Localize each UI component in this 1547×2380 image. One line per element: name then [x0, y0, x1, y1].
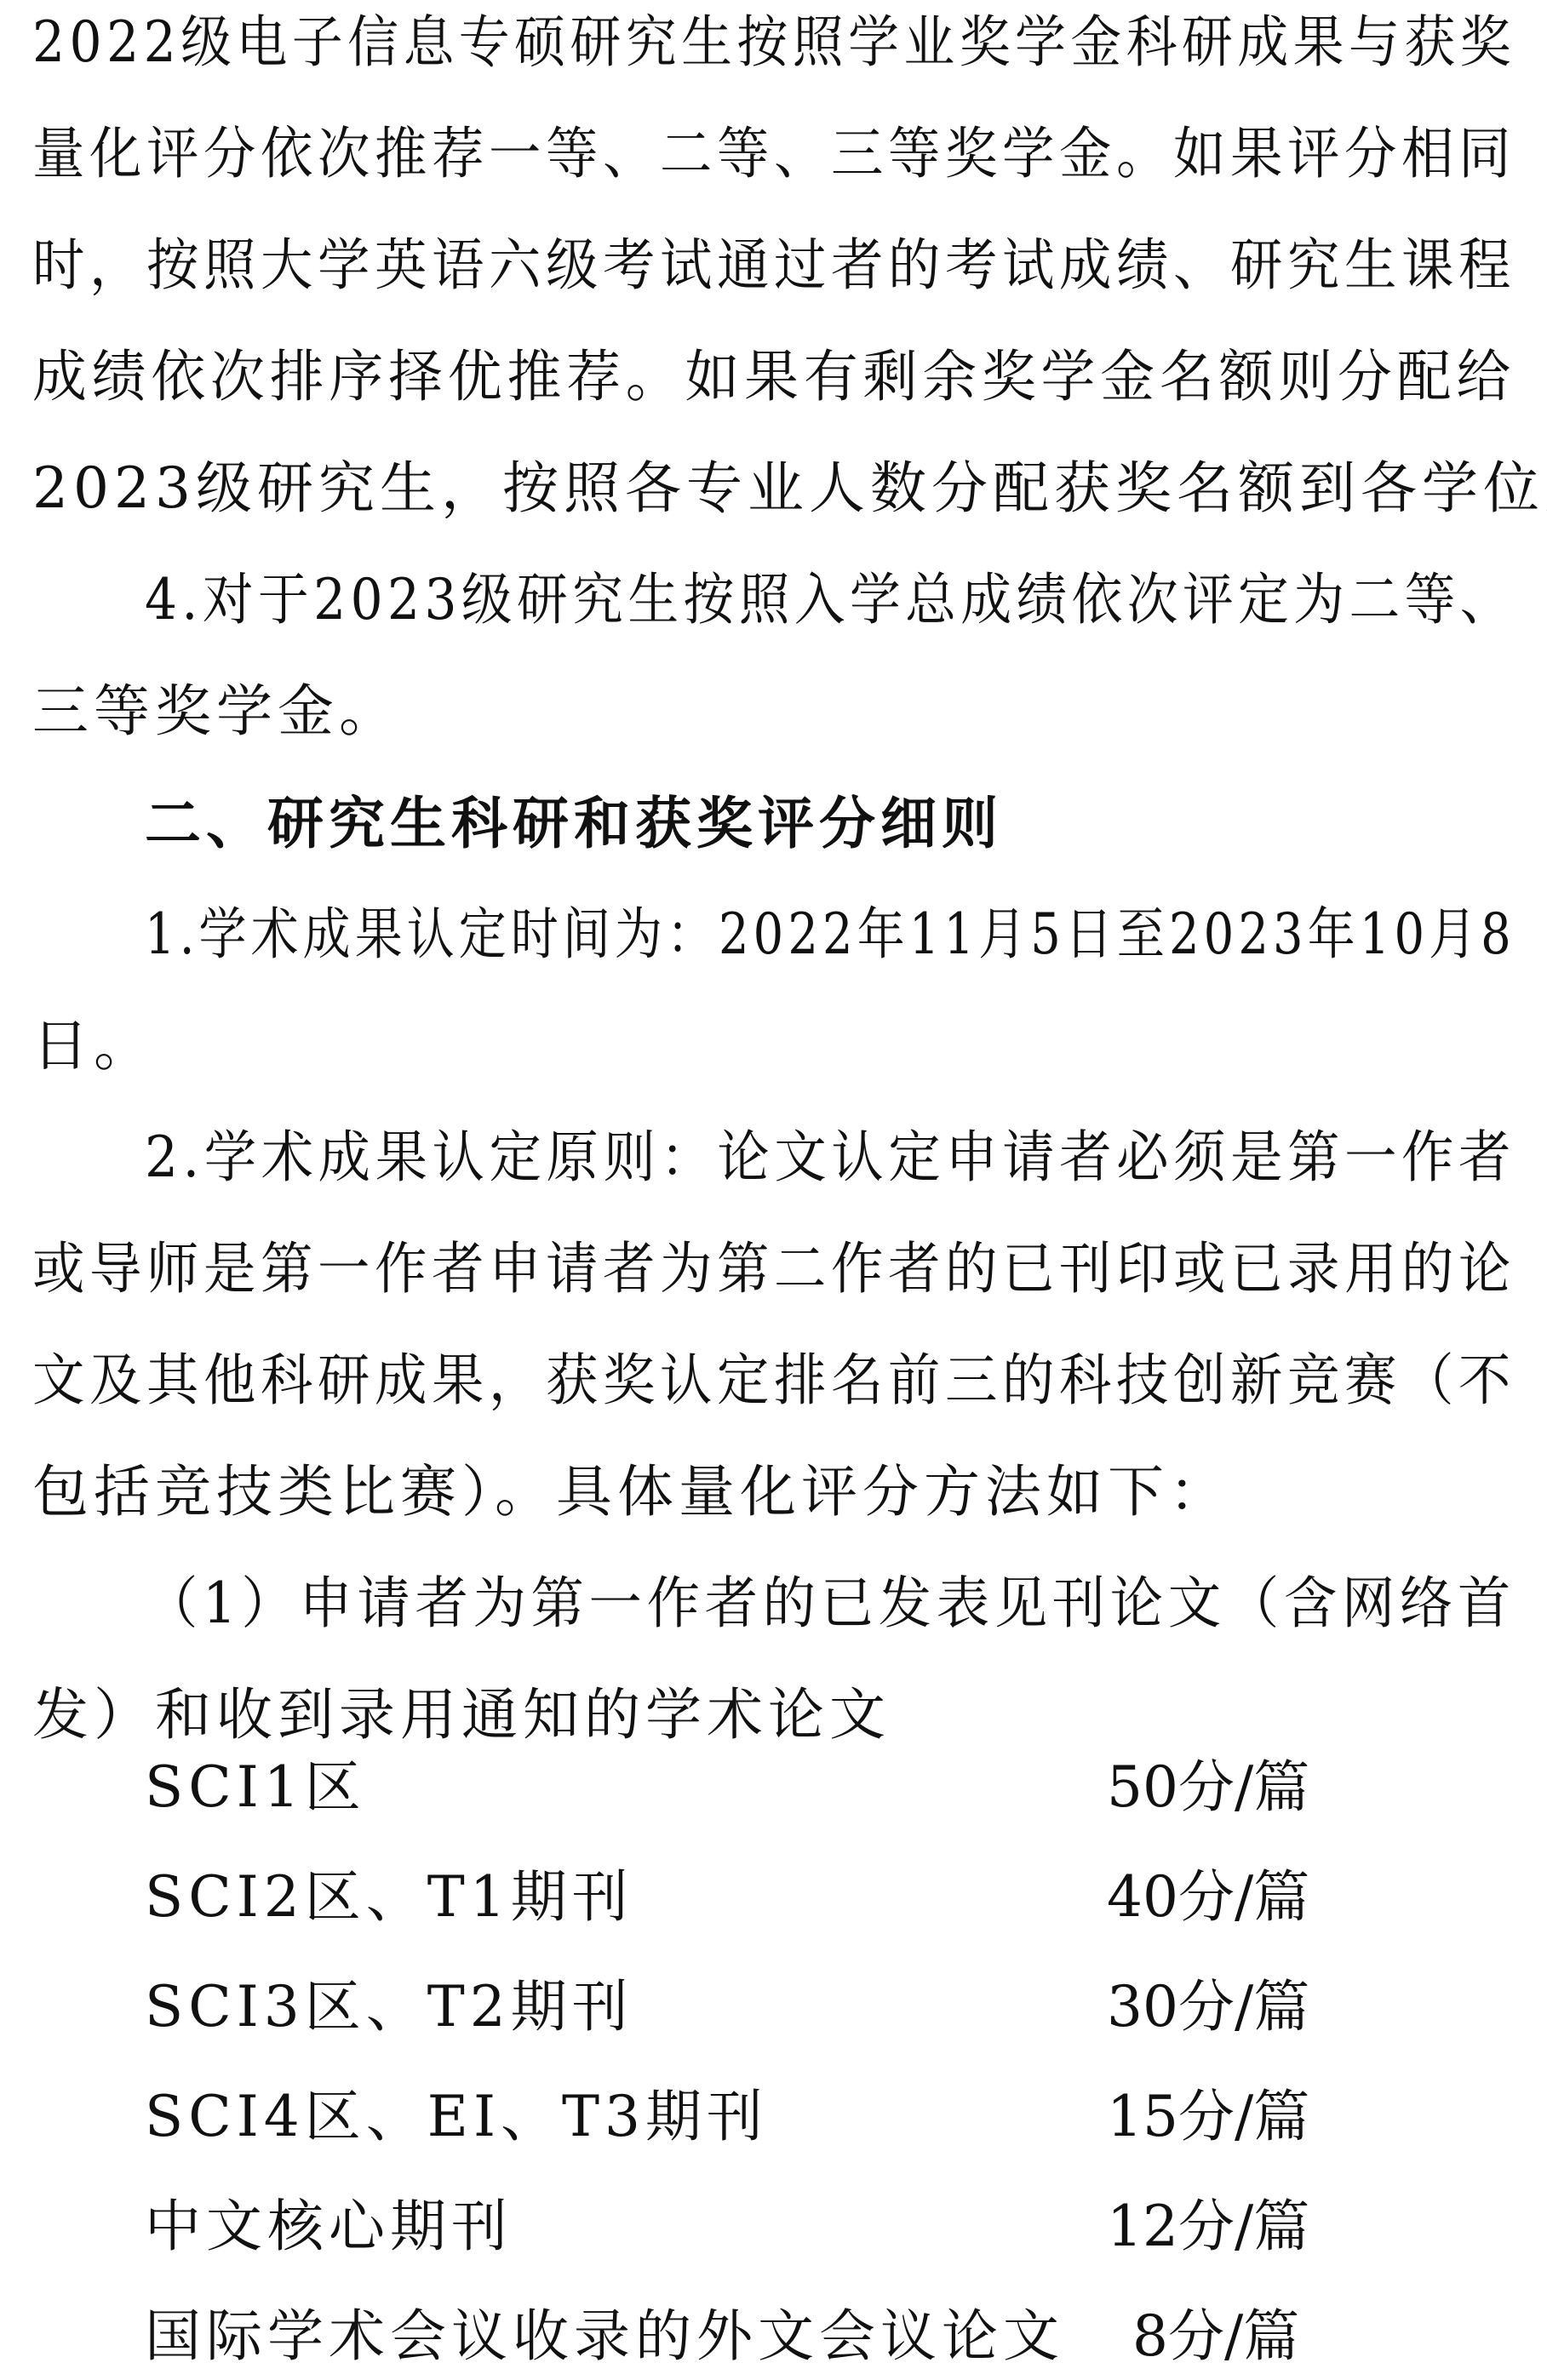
score-value: 15分/篇: [1107, 2083, 1309, 2151]
paragraph-line: 2023级研究生，按照各专业人数分配获奖名额到各学位点。: [32, 455, 1547, 523]
score-value: 50分/篇: [1107, 1754, 1309, 1822]
paragraph-line: 成绩依次排序择优推荐。如果有剩余奖学金名额则分配给: [32, 343, 1515, 411]
score-category: SCI4区、EI、T3期刊: [145, 2083, 768, 2151]
paragraph-line: 包括竞技类比赛）。具体量化评分方法如下：: [32, 1458, 1230, 1526]
paragraph-line: 三等奖学金。: [32, 678, 400, 746]
paragraph-line: 量化评分依次推荐一等、二等、三等奖学金。如果评分相同: [32, 120, 1515, 188]
score-value: 40分/篇: [1107, 1863, 1309, 1931]
paragraph-line: 发）和收到录用通知的学术论文: [32, 1681, 891, 1749]
paragraph-line: 文及其他科研成果，获奖认定排名前三的科技创新竞赛（不: [32, 1347, 1515, 1415]
paragraph-line: （1）申请者为第一作者的已发表见刊论文（含网络首: [145, 1570, 1515, 1638]
paragraph-line: 时，按照大学英语六级考试通过者的考试成绩、研究生课程: [32, 232, 1515, 300]
score-value: 8分/篇: [1132, 2303, 1299, 2371]
paragraph-line: 1.学术成果认定时间为：2022年11月5日至2023年10月8: [145, 901, 1515, 969]
paragraph-line: 或导师是第一作者申请者为第二作者的已刊印或已录用的论: [32, 1235, 1515, 1303]
score-category: SCI2区、T1期刊: [145, 1863, 633, 1931]
section-heading: 二、研究生科研和获奖评分细则: [145, 789, 1003, 857]
paragraph-line: 日。: [32, 1012, 155, 1080]
score-value: 30分/篇: [1107, 1973, 1309, 2041]
score-category: SCI3区、T2期刊: [145, 1973, 633, 2041]
paragraph-line: 2022级电子信息专硕研究生按照学业奖学金科研成果与获奖: [32, 9, 1515, 77]
paragraph-line: 2.学术成果认定原则：论文认定申请者必须是第一作者: [145, 1124, 1515, 1192]
score-category: 中文核心期刊: [145, 2193, 513, 2261]
paragraph-line: 4.对于2023级研究生按照入学总成绩依次评定为二等、: [145, 566, 1515, 634]
score-value: 12分/篇: [1107, 2193, 1309, 2261]
score-category: 国际学术会议收录的外文会议论文: [145, 2303, 1064, 2371]
score-category: SCI1区: [145, 1754, 366, 1822]
